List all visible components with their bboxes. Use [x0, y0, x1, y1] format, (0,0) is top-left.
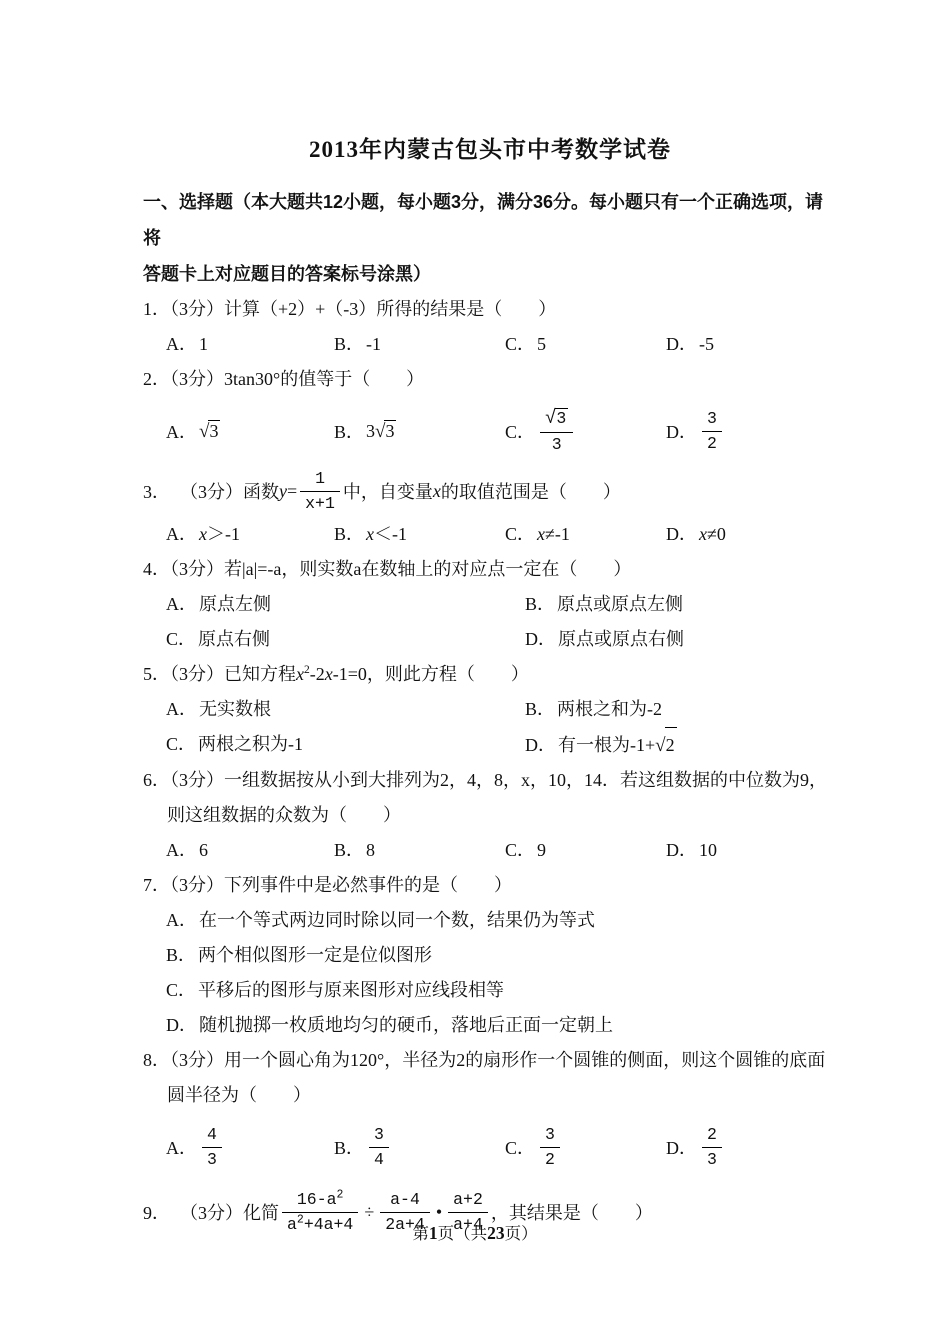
question-1: 1．（3分）计算（+2）+（-3）所得的结果是（ ）	[143, 292, 837, 327]
option-7c-text: 平移后的图形与原来图形对应线段相等	[198, 980, 504, 1000]
question-7-stem: （3分）下列事件中是必然事件的是（ ）	[170, 875, 512, 895]
question-2-number: 2．	[143, 369, 170, 389]
option-4a-label: A．	[166, 594, 197, 614]
fraction-denominator: x+1	[300, 492, 340, 514]
option-6c: C．9	[505, 833, 666, 868]
question-3-stem-post: 的取值范围是（ ）	[441, 478, 621, 504]
option-8d-label: D．	[666, 1134, 697, 1160]
option-4b: B．原点或原点左侧	[525, 587, 837, 622]
fraction: 32	[702, 409, 722, 454]
fraction-numerator: 3	[702, 409, 722, 432]
option-2b-coefficient: 3	[366, 421, 375, 442]
option-5b: B．两根之和为-2	[525, 692, 837, 727]
question-8: 8．（3分）用一个圆心角为120°，半径为2的扇形作一个圆锥的侧面，则这个圆锥的…	[143, 1043, 837, 1078]
option-3b: B．x＜-1	[334, 517, 505, 552]
fraction-denominator: 4	[369, 1148, 389, 1170]
fraction-numerator: 1	[300, 469, 340, 492]
question-6-number: 6．	[143, 770, 170, 790]
sqrt-radical: √3	[375, 420, 396, 443]
page-number: 1	[429, 1223, 438, 1243]
variable-x: x	[433, 481, 441, 502]
fraction-denominator: 2	[702, 432, 722, 454]
fraction-numerator: 3	[369, 1125, 389, 1148]
option-8c-label: C．	[505, 1134, 535, 1160]
footer-mid: 页（共	[438, 1224, 488, 1243]
option-4c: C．原点右侧	[166, 622, 525, 657]
question-2-options: A．√3 B．3√3 C．√33 D．32	[143, 400, 837, 462]
equals-sign: =	[287, 481, 297, 502]
option-1a-text: 1	[199, 334, 208, 354]
sqrt-radical: √3	[545, 407, 568, 430]
fraction-numerator: 2	[702, 1125, 722, 1148]
question-7: 7．（3分）下列事件中是必然事件的是（ ）	[143, 868, 837, 903]
question-4-options-row1: A．原点左侧 B．原点或原点左侧	[143, 587, 837, 622]
option-6a-text: 6	[199, 840, 208, 860]
question-8-options: A．43 B．34 C．32 D．23	[143, 1116, 837, 1178]
option-6b-text: 8	[366, 840, 375, 860]
sqrt-radicand: 3	[384, 420, 396, 442]
option-3d-text: ≠0	[707, 524, 726, 544]
option-1c-text: 5	[537, 334, 546, 354]
option-6b-label: B．	[334, 840, 364, 860]
section-heading-line1: 一、选择题（本大题共12小题，每小题3分，满分36分。每小题只有一个正确选项，请…	[143, 184, 837, 256]
fraction: 23	[702, 1125, 722, 1170]
option-8d: D．23	[666, 1125, 837, 1170]
option-5c-text: 两根之积为-1	[198, 734, 303, 754]
option-2d: D．32	[666, 409, 837, 454]
option-2b: B．3√3	[334, 418, 505, 444]
sqrt-radical: √3	[199, 420, 220, 443]
question-3-stem-pre: （3分）函数	[180, 478, 279, 504]
option-1c: C．5	[505, 327, 666, 362]
option-1b: B．-1	[334, 327, 505, 362]
option-3d: D．x≠0	[666, 517, 837, 552]
exponent: 2	[337, 1188, 344, 1201]
option-4a: A．原点左侧	[166, 587, 525, 622]
option-1b-label: B．	[334, 334, 364, 354]
variable-x: x	[296, 664, 304, 684]
question-5-number: 5．	[143, 664, 170, 684]
fraction: √33	[540, 407, 573, 455]
question-6-stem-line2: 则这组数据的众数为（ ）	[143, 798, 837, 833]
option-1d: D．-5	[666, 327, 837, 362]
variable-x: x	[325, 664, 333, 684]
option-5a-text: 无实数根	[199, 699, 271, 719]
fraction-numerator: 3	[540, 1125, 560, 1148]
option-3a: A．x＞-1	[166, 517, 334, 552]
question-5-options-row2: C．两根之积为-1 D．有一根为-1+√2	[143, 727, 837, 763]
option-4d: D．原点或原点右侧	[525, 622, 837, 657]
total-pages: 23	[487, 1223, 505, 1243]
option-1b-text: -1	[366, 334, 381, 354]
footer-prefix: 第	[412, 1224, 429, 1243]
option-6c-text: 9	[537, 840, 546, 860]
exam-document: 2013年内蒙古包头市中考数学试卷 一、选择题（本大题共12小题，每小题3分，满…	[143, 0, 837, 1242]
option-7c-label: C．	[166, 980, 196, 1000]
option-5d: D．有一根为-1+√2	[525, 727, 837, 763]
question-8-stem-line1: （3分）用一个圆心角为120°，半径为2的扇形作一个圆锥的侧面，则这个圆锥的底面	[170, 1050, 825, 1070]
option-7b-text: 两个相似图形一定是位似图形	[198, 945, 432, 965]
fraction-denominator: 3	[202, 1148, 222, 1170]
option-4c-label: C．	[166, 629, 196, 649]
option-8b: B．34	[334, 1125, 505, 1170]
option-7d-text: 随机抛掷一枚质地均匀的硬币，落地后正面一定朝上	[199, 1015, 613, 1035]
question-2: 2．（3分）3tan30°的值等于（ ）	[143, 362, 837, 397]
question-5-stem-mid: -2	[310, 664, 325, 684]
question-4-stem: （3分）若|a|=-a，则实数a在数轴上的对应点一定在（ ）	[170, 559, 631, 579]
option-8a-label: A．	[166, 1134, 197, 1160]
sqrt-radicand: 3	[208, 420, 220, 442]
fraction-denominator: 3	[702, 1148, 722, 1170]
question-4-number: 4．	[143, 559, 170, 579]
option-4b-label: B．	[525, 594, 555, 614]
option-5b-label: B．	[525, 699, 555, 719]
fraction-numerator: 4	[202, 1125, 222, 1148]
option-6d-text: 10	[699, 840, 717, 860]
variable-x: x	[366, 524, 374, 544]
option-3c-label: C．	[505, 524, 535, 544]
option-1d-label: D．	[666, 334, 697, 354]
section-heading: 一、选择题（本大题共12小题，每小题3分，满分36分。每小题只有一个正确选项，请…	[143, 184, 837, 292]
variable-x: x	[199, 524, 207, 544]
option-4d-text: 原点或原点右侧	[558, 629, 684, 649]
option-4d-label: D．	[525, 629, 556, 649]
option-5d-text: 有一根为-1+	[558, 735, 655, 755]
page-footer: 第1页（共23页）	[0, 1222, 950, 1245]
option-3c: C．x≠-1	[505, 517, 666, 552]
option-3a-label: A．	[166, 524, 197, 544]
option-2d-label: D．	[666, 418, 697, 444]
option-3c-text: ≠-1	[545, 524, 570, 544]
option-5a: A．无实数根	[166, 692, 525, 727]
option-3b-text: ＜-1	[374, 524, 407, 544]
option-7b: B．两个相似图形一定是位似图形	[143, 938, 837, 973]
option-8a: A．43	[166, 1125, 334, 1170]
question-6-options: A．6 B．8 C．9 D．10	[143, 833, 837, 868]
option-6b: B．8	[334, 833, 505, 868]
section-heading-line2: 答题卡上对应题目的答案标号涂黑）	[143, 256, 837, 292]
option-7a: A．在一个等式两边同时除以同一个数，结果仍为等式	[143, 903, 837, 938]
question-4-options-row2: C．原点右侧 D．原点或原点右侧	[143, 622, 837, 657]
fraction-numerator: a-4	[380, 1190, 430, 1213]
option-7b-label: B．	[166, 945, 196, 965]
option-7d-label: D．	[166, 1015, 197, 1035]
option-2c: C．√33	[505, 407, 666, 455]
question-6-stem-line1: （3分）一组数据按从小到大排列为2，4，8，x，10，14．若这组数据的中位数为…	[170, 770, 827, 790]
option-2c-label: C．	[505, 418, 535, 444]
question-1-number: 1．	[143, 299, 170, 319]
numerator-base: 16-a	[297, 1190, 337, 1209]
option-1a-label: A．	[166, 334, 197, 354]
fraction: 34	[369, 1125, 389, 1170]
question-3: 3． （3分）函数y=1x+1中，自变量x的取值范围是（ ）	[143, 465, 837, 517]
option-6c-label: C．	[505, 840, 535, 860]
option-2b-label: B．	[334, 418, 364, 444]
sqrt-radicand: 3	[555, 408, 568, 429]
sqrt-radical: √2	[655, 727, 676, 763]
divide-sign: ÷	[364, 1202, 374, 1223]
option-7a-label: A．	[166, 910, 197, 930]
question-5-stem-pre: （3分）已知方程	[170, 664, 296, 684]
option-6a-label: A．	[166, 840, 197, 860]
sqrt-radicand: 2	[665, 727, 677, 763]
question-2-stem: （3分）3tan30°的值等于（ ）	[170, 369, 424, 389]
option-6a: A．6	[166, 833, 334, 868]
option-3d-label: D．	[666, 524, 697, 544]
question-3-number: 3．	[143, 478, 170, 504]
question-8-stem-line2: 圆半径为（ ）	[143, 1078, 837, 1113]
option-1a: A．1	[166, 327, 334, 362]
option-2a-label: A．	[166, 418, 197, 444]
question-5-stem-post: -1=0，则此方程（ ）	[333, 664, 529, 684]
option-6d: D．10	[666, 833, 837, 868]
option-5c: C．两根之积为-1	[166, 727, 525, 763]
option-7c: C．平移后的图形与原来图形对应线段相等	[143, 973, 837, 1008]
variable-y: y	[279, 481, 287, 502]
option-7a-text: 在一个等式两边同时除以同一个数，结果仍为等式	[199, 910, 595, 930]
question-3-options: A．x＞-1 B．x＜-1 C．x≠-1 D．x≠0	[143, 517, 837, 552]
option-1d-text: -5	[699, 334, 714, 354]
option-8c: C．32	[505, 1125, 666, 1170]
fraction-numerator: √3	[540, 407, 573, 433]
fraction: 1x+1	[300, 469, 340, 514]
question-7-number: 7．	[143, 875, 170, 895]
question-8-number: 8．	[143, 1050, 170, 1070]
fraction-numerator: a+2	[448, 1190, 488, 1213]
option-4c-text: 原点右侧	[198, 629, 270, 649]
variable-x: x	[537, 524, 545, 544]
option-2a: A．√3	[166, 418, 334, 444]
variable-x: x	[699, 524, 707, 544]
question-6: 6．（3分）一组数据按从小到大排列为2，4，8，x，10，14．若这组数据的中位…	[143, 763, 837, 798]
option-5a-label: A．	[166, 699, 197, 719]
question-5: 5．（3分）已知方程x2-2x-1=0，则此方程（ ）	[143, 657, 837, 692]
option-1c-label: C．	[505, 334, 535, 354]
option-7d: D．随机抛掷一枚质地均匀的硬币，落地后正面一定朝上	[143, 1008, 837, 1043]
question-1-stem: （3分）计算（+2）+（-3）所得的结果是（ ）	[170, 299, 556, 319]
fraction: 43	[202, 1125, 222, 1170]
option-3a-text: ＞-1	[207, 524, 240, 544]
option-4a-text: 原点左侧	[199, 594, 271, 614]
option-3b-label: B．	[334, 524, 364, 544]
page-title: 2013年内蒙古包头市中考数学试卷	[143, 132, 837, 168]
option-6d-label: D．	[666, 840, 697, 860]
question-3-stem-mid: 中，自变量	[343, 478, 433, 504]
fraction-numerator: 16-a2	[282, 1190, 358, 1213]
question-5-options-row1: A．无实数根 B．两根之和为-2	[143, 692, 837, 727]
fraction: 32	[540, 1125, 560, 1170]
question-1-options: A．1 B．-1 C．5 D．-5	[143, 327, 837, 362]
fraction-denominator: 3	[540, 433, 573, 455]
fraction-denominator: 2	[540, 1148, 560, 1170]
option-4b-text: 原点或原点左侧	[557, 594, 683, 614]
multiply-dot: •	[436, 1202, 442, 1223]
option-5c-label: C．	[166, 734, 196, 754]
option-8b-label: B．	[334, 1134, 364, 1160]
option-5b-text: 两根之和为-2	[557, 699, 662, 719]
option-5d-label: D．	[525, 735, 556, 755]
question-4: 4．（3分）若|a|=-a，则实数a在数轴上的对应点一定在（ ）	[143, 552, 837, 587]
footer-suffix: 页）	[505, 1224, 538, 1243]
